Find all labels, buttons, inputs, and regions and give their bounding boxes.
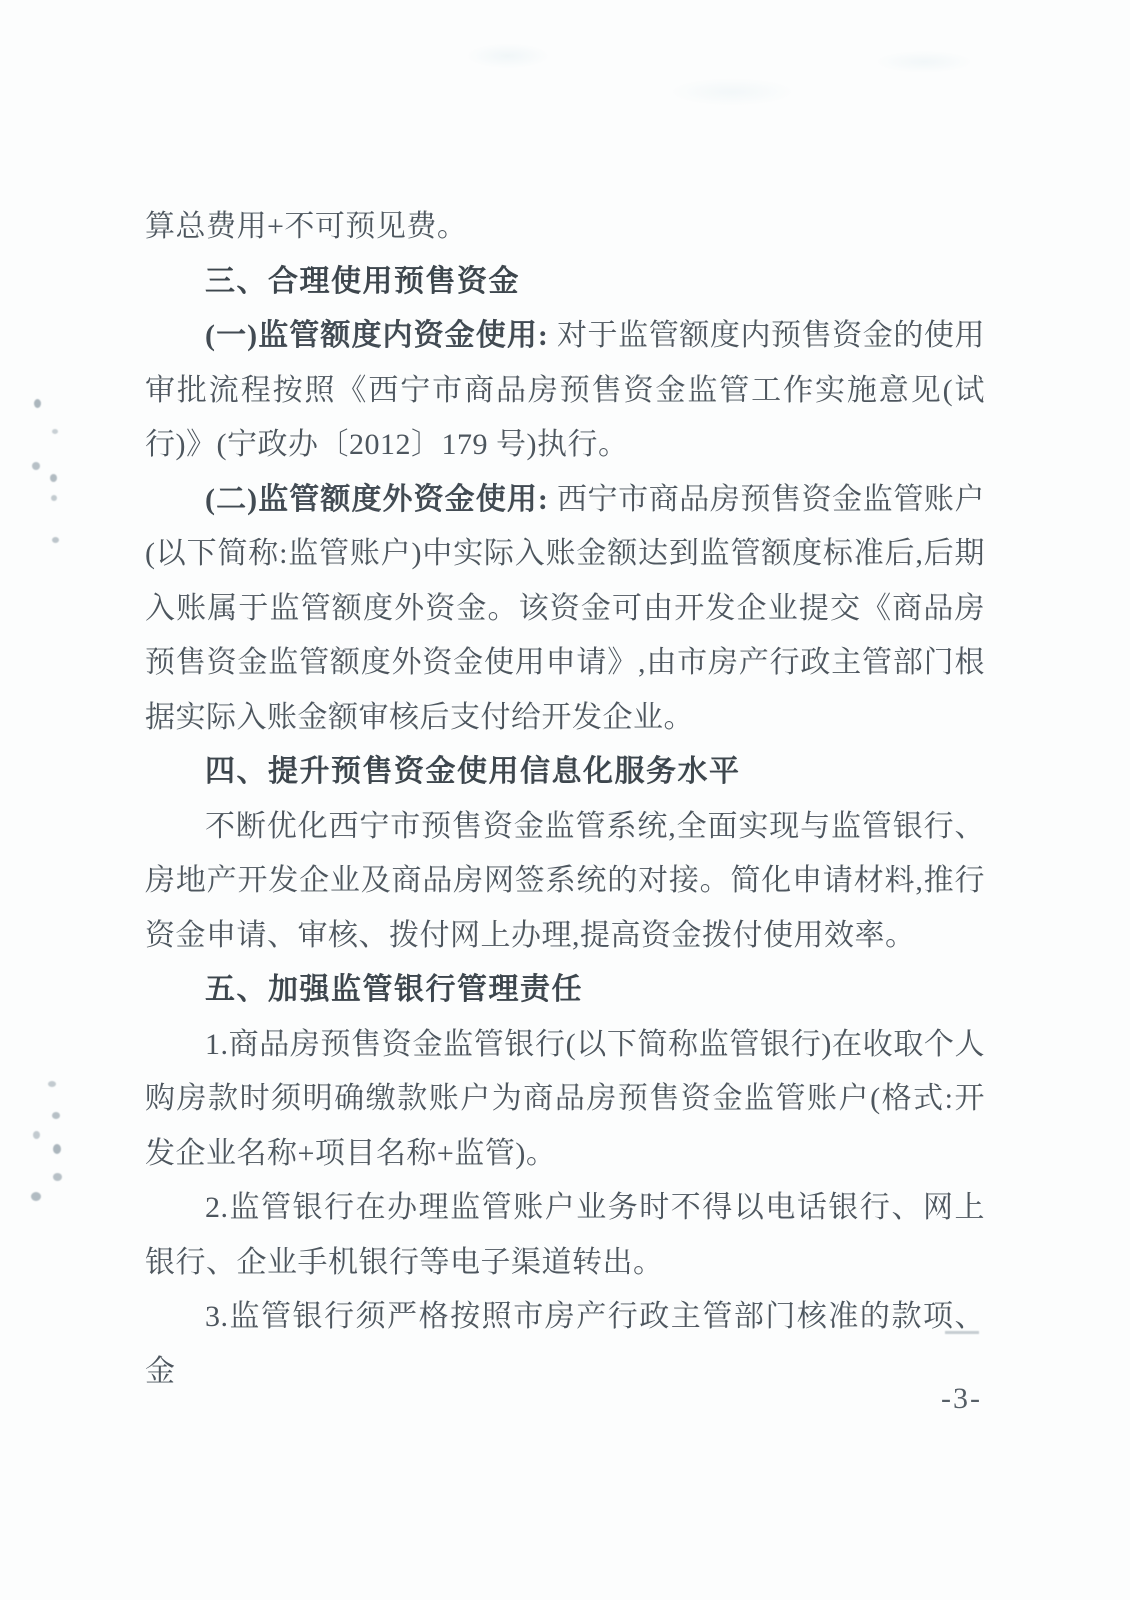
document-body: 算总费用+不可预见费。三、合理使用预售资金(一)监管额度内资金使用: 对于监管额… bbox=[145, 200, 985, 1399]
scan-speck bbox=[52, 429, 58, 434]
scan-speck bbox=[53, 1173, 62, 1181]
scan-speck bbox=[33, 1131, 40, 1139]
section-heading: 四、提升预售资金使用信息化服务水平 bbox=[145, 745, 985, 800]
paragraph-text: 四、提升预售资金使用信息化服务水平 bbox=[205, 755, 741, 788]
page-number: -3- bbox=[941, 1382, 982, 1416]
paragraph-text: 3.监管银行须严格按照市房产行政主管部门核准的款项、金 bbox=[145, 1300, 985, 1388]
scan-speck bbox=[53, 1144, 61, 1154]
paragraph: 2.监管银行在办理监管账户业务时不得以电话银行、网上银行、企业手机银行等电子渠道… bbox=[145, 1181, 985, 1290]
scan-speck bbox=[52, 537, 59, 543]
paragraph-text: 五、加强监管银行管理责任 bbox=[205, 973, 583, 1006]
paragraph-text: 算总费用+不可预见费。 bbox=[145, 210, 467, 243]
scan-speck bbox=[52, 1112, 60, 1119]
paragraph-text: 1.商品房预售资金监管银行(以下简称监管银行)在收取个人购房款时须明确缴款账户为… bbox=[145, 1028, 985, 1170]
scan-speck bbox=[50, 474, 57, 482]
paragraph-text: 三、合理使用预售资金 bbox=[205, 265, 520, 298]
section-heading: 五、加强监管银行管理责任 bbox=[145, 963, 985, 1018]
paragraph-text: 2.监管银行在办理监管账户业务时不得以电话银行、网上银行、企业手机银行等电子渠道… bbox=[145, 1191, 985, 1279]
scan-line-artifact bbox=[945, 1331, 979, 1334]
scan-speck bbox=[32, 462, 40, 470]
scan-speck bbox=[34, 399, 41, 408]
section-heading: 三、合理使用预售资金 bbox=[145, 255, 985, 310]
scan-bleedthrough-artifact bbox=[380, 20, 1020, 140]
paragraph: 不断优化西宁市预售资金监管系统,全面实现与监管银行、房地产开发企业及商品房网签系… bbox=[145, 800, 985, 964]
scan-speck bbox=[31, 1192, 41, 1201]
paragraph-text: 西宁市商品房预售资金监管账户(以下简称:监管账户)中实际入账金额达到监管额度标准… bbox=[145, 483, 985, 734]
paragraph-text: 不断优化西宁市预售资金监管系统,全面实现与监管银行、房地产开发企业及商品房网签系… bbox=[145, 810, 985, 952]
scan-speck bbox=[48, 1081, 56, 1087]
scan-speck bbox=[51, 495, 57, 501]
paragraph: (一)监管额度内资金使用: 对于监管额度内预售资金的使用审批流程按照《西宁市商品… bbox=[145, 309, 985, 473]
paragraph: 1.商品房预售资金监管银行(以下简称监管银行)在收取个人购房款时须明确缴款账户为… bbox=[145, 1018, 985, 1182]
paragraph: (二)监管额度外资金使用: 西宁市商品房预售资金监管账户(以下简称:监管账户)中… bbox=[145, 473, 985, 746]
paragraph-lead: (二)监管额度外资金使用: bbox=[205, 483, 549, 516]
paragraph-lead: (一)监管额度内资金使用: bbox=[205, 319, 549, 352]
paragraph: 算总费用+不可预见费。 bbox=[145, 200, 985, 255]
paragraph: 3.监管银行须严格按照市房产行政主管部门核准的款项、金 bbox=[145, 1290, 985, 1399]
document-page: 算总费用+不可预见费。三、合理使用预售资金(一)监管额度内资金使用: 对于监管额… bbox=[0, 0, 1130, 1600]
